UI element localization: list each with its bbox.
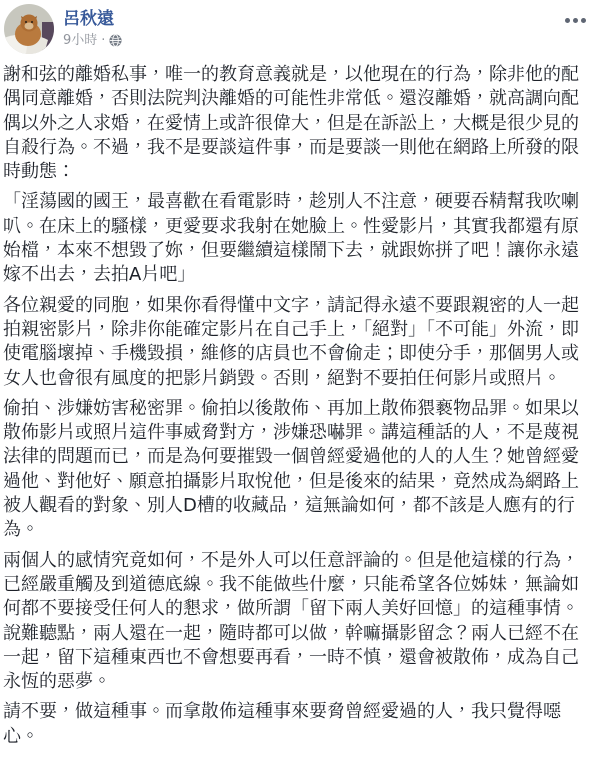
facebook-post: 呂秋遠 9小時 · 謝和弦的離 [0, 0, 600, 749]
post-timestamp[interactable]: 9小時 [63, 33, 97, 48]
more-options-button[interactable] [563, 12, 588, 29]
post-paragraph: 偷拍、涉嫌妨害秘密罪。偷拍以後散佈、再加上散佈猥褻物品罪。如果以散佈影片或照片這… [3, 397, 588, 543]
post-paragraph: 兩個人的感情究竟如何，不是外人可以任意評論的。但是他這樣的行為，已經嚴重觸及到道… [3, 549, 588, 695]
post-paragraph: 各位親愛的同胞，如果你看得懂中文字，請記得永遠不要跟親密的人一起拍親密影片，除非… [3, 294, 588, 391]
post-paragraph: 「淫蕩國的國王，最喜歡在看電影時，趁別人不注意，硬要吞精幫我吹喇叭。在床上的騷樣… [3, 190, 588, 287]
post-body: 謝和弦的離婚私事，唯一的教育意義就是，以他現在的行為，除非他的配偶同意離婚，否則… [0, 56, 600, 749]
post-paragraph: 請不要，做這種事。而拿散佈這種事來要脅曾經愛過的人，我只覺得噁心。 [3, 700, 588, 749]
post-header: 呂秋遠 9小時 · [0, 0, 600, 56]
ellipsis-icon [565, 18, 586, 23]
avatar[interactable] [4, 4, 54, 54]
post-paragraph: 謝和弦的離婚私事，唯一的教育意義就是，以他現在的行為，除非他的配偶同意離婚，否則… [3, 63, 588, 184]
globe-icon [109, 34, 122, 47]
author-name-link[interactable]: 呂秋遠 [63, 9, 122, 30]
header-text: 呂秋遠 9小時 · [63, 4, 122, 48]
meta-separator: · [101, 33, 105, 48]
post-meta: 9小時 · [63, 33, 122, 48]
cat-avatar-image [4, 4, 54, 54]
